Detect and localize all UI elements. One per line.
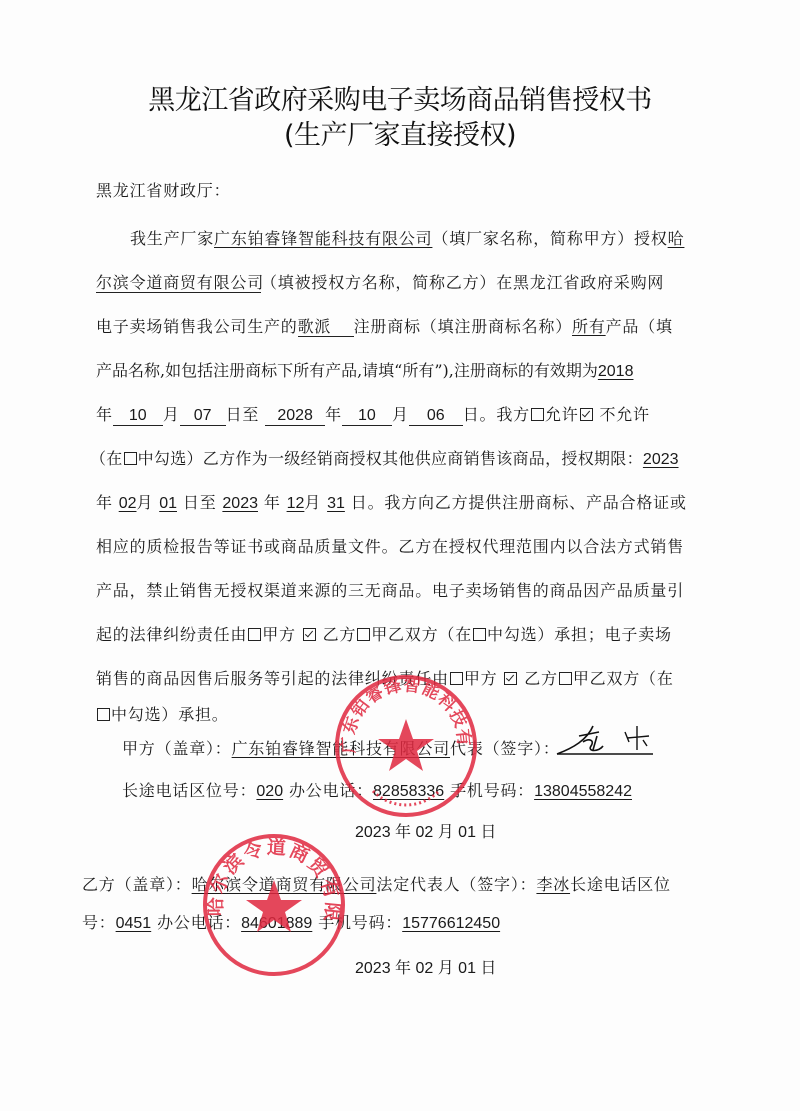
service-liability-both-checkbox[interactable] xyxy=(559,672,572,685)
service-liability-party-a-checkbox[interactable] xyxy=(450,672,463,685)
body-line-7: 年 02月 01 日至 2023 年 12月 31 日。我方向乙方提供注册商标、… xyxy=(96,492,716,515)
party-b-rep-name: 李冰 xyxy=(536,875,570,894)
tm-valid-to-day: 06 xyxy=(409,407,463,426)
disallow-checkbox[interactable] xyxy=(580,408,593,421)
party-b-date: 2023 年 02 月 01 日 xyxy=(355,958,555,980)
tm-valid-from-day: 07 xyxy=(180,407,226,426)
auth-from-day: 01 xyxy=(159,495,177,512)
party-b-seal-line: 乙方（盖章）：哈尔滨令道商贸有限公司法定代表人（签字）：李冰长途电话区位 xyxy=(82,874,702,896)
tm-valid-to-year: 2028 xyxy=(265,407,325,426)
body-line-9: 产品，禁止销售无授权渠道来源的三无商品。电子卖场销售的商品因产品质量引 xyxy=(96,580,716,602)
party-a-signature xyxy=(553,722,663,756)
body-line-5: 年10月07日至 2028年10月06日。我方允许 不允许 xyxy=(96,404,716,426)
party-b-office-phone: 84601889 xyxy=(241,915,312,932)
quality-liability-party-a-checkbox[interactable] xyxy=(248,628,261,641)
auth-from-year: 2023 xyxy=(643,451,679,468)
authorized-party-name-part2: 尔滨令道商贸有限公司 xyxy=(96,274,261,293)
party-a-phone-line: 长途电话区位号：020 办公电话：82858336 手机号码：138045582… xyxy=(122,780,742,803)
quality-liability-party-b-checkbox[interactable] xyxy=(303,628,316,641)
body-line-11: 销售的商品因售后服务等引起的法律纠纷责任由甲方 乙方甲乙双方（在 xyxy=(96,668,716,690)
tm-valid-to-month: 10 xyxy=(342,407,392,426)
body-line-3: 电子卖场销售我公司生产的歌派注册商标（填注册商标名称）所有产品（填 xyxy=(96,316,716,338)
checkbox-hint-icon xyxy=(124,452,137,465)
quality-liability-both-checkbox[interactable] xyxy=(357,628,370,641)
party-a-area-code: 020 xyxy=(256,783,283,800)
party-a-company: 广东铂睿锋智能科技有限公司 xyxy=(232,739,450,758)
party-a-date: 2023 年 02 月 01 日 xyxy=(355,822,555,844)
party-b-company-seal: 哈尔滨令道商贸有限公司 xyxy=(201,832,347,978)
manufacturer-name: 广东铂睿锋智能科技有限公司 xyxy=(214,229,432,248)
trademark-name: 歌派 xyxy=(298,318,354,337)
body-line-6: （在中勾选）乙方作为一级经销商授权其他供应商销售该商品，授权期限：2023 xyxy=(90,448,710,471)
auth-to-month: 12 xyxy=(287,495,305,512)
tm-valid-from-year: 2018 xyxy=(598,363,634,380)
allow-checkbox[interactable] xyxy=(531,408,544,421)
tm-valid-from-month: 10 xyxy=(113,407,163,426)
party-a-mobile: 13804558242 xyxy=(534,783,632,800)
document-subtitle: (生产厂家直接授权) xyxy=(0,113,800,152)
service-liability-party-b-checkbox[interactable] xyxy=(504,672,517,685)
body-line-1: 我生产厂家广东铂睿锋智能科技有限公司（填厂家名称，简称甲方）授权哈 xyxy=(130,228,750,250)
party-b-company: 哈尔滨令道商贸有限公司 xyxy=(192,875,377,894)
checkbox-hint-icon xyxy=(97,708,110,721)
auth-from-month: 02 xyxy=(119,495,137,512)
body-line-10: 起的法律纠纷责任由甲方 乙方甲乙双方（在中勾选）承担；电子卖场 xyxy=(96,624,716,646)
party-b-phone-line: 号：0451 办公电话：84601889 手机号码：15776612450 xyxy=(82,912,702,935)
party-b-area-code: 0451 xyxy=(116,915,152,932)
document-title: 黑龙江省政府采购电子卖场商品销售授权书 xyxy=(0,78,800,117)
body-line-8: 相应的质检报告等证书或商品质量文件。乙方在授权代理范围内以合法方式销售 xyxy=(96,536,716,558)
auth-to-year: 2023 xyxy=(222,495,258,512)
checkbox-hint-icon xyxy=(473,628,486,641)
authorized-party-name-part1: 哈 xyxy=(668,229,685,248)
body-line-2: 尔滨令道商贸有限公司（填被授权方名称，简称乙方）在黑龙江省政府采购网 xyxy=(96,272,716,294)
body-line-4: 产品名称,如包括注册商标下所有产品,请填“所有”),注册商标的有效期为2018 xyxy=(96,360,716,383)
party-a-office-phone: 82858336 xyxy=(373,783,444,800)
product-scope: 所有 xyxy=(572,317,606,336)
auth-to-day: 31 xyxy=(327,495,345,512)
addressee: 黑龙江省财政厅： xyxy=(96,180,716,202)
authorization-letter-page: 黑龙江省政府采购电子卖场商品销售授权书 (生产厂家直接授权) 黑龙江省财政厅： … xyxy=(0,0,800,1111)
party-b-mobile: 15776612450 xyxy=(402,915,500,932)
